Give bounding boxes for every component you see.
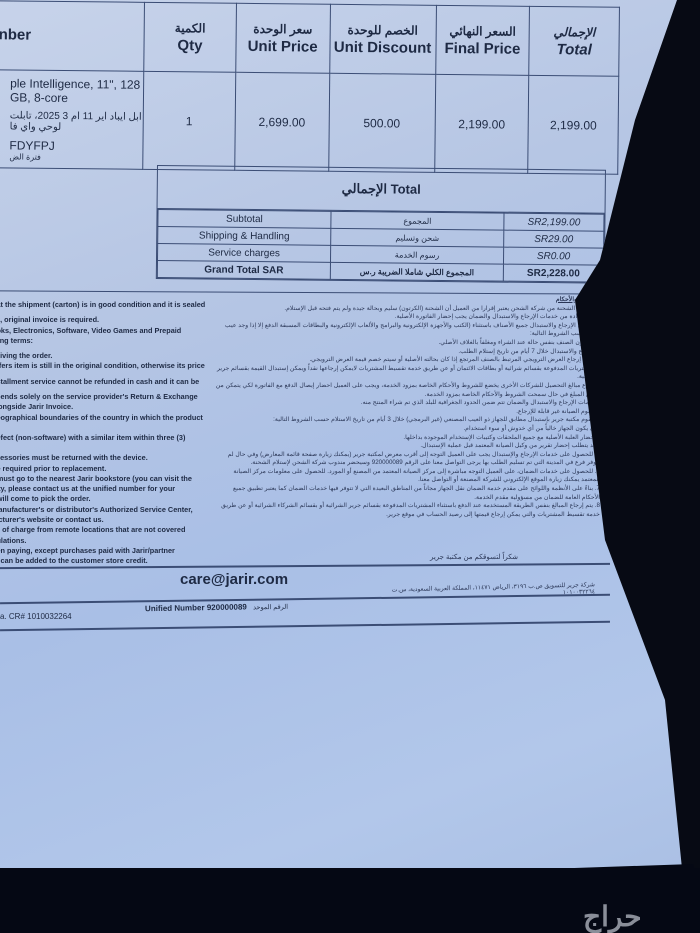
totals-title: الإجمالي Total: [158, 166, 605, 214]
terms-ar-line: - أن يكون الصنف بنفس حالة عند الشراء ومغ…: [215, 339, 600, 348]
terms-ar-line: 7. بناءً على الأنظمة واللوائح على مقدم خ…: [215, 485, 600, 502]
terms-en-line: es, original invoice is required.: [0, 315, 217, 325]
terms-en-line: alongside Jarir Invoice.: [0, 402, 217, 412]
header-final-price: السعر النهائي Final Price: [435, 5, 529, 75]
terms-divider: [0, 290, 610, 294]
item-description-ar: ابل ايباد اير 11 ام 3 2025، تابلت لوحي و…: [10, 110, 143, 133]
terms-en-line: geographical boundaries of the country i…: [0, 413, 217, 423]
totals-box: الإجمالي Total Subtotal المجموع SR2,199.…: [156, 165, 606, 284]
item-description-en: ple Intelligence, 11", 128 GB, 8-core: [10, 76, 143, 105]
item-sku: FDYFPJ: [9, 138, 142, 153]
terms-ar-line: 1. استلام الشحنة من شركة الشحن يعتبر إقر…: [215, 305, 600, 314]
terms-en-line: manufacturer's or distributor's Authoriz…: [0, 505, 217, 515]
footer-divider-3: [0, 621, 610, 631]
terms-en-line: epends solely on the service provider's …: [0, 392, 217, 402]
terms-ar-line: 8. يتم إرجاع المبالغ بنفس الطريقة المستخ…: [215, 502, 600, 519]
header-number: nber: [0, 1, 145, 72]
cr-number: a. CR# 1010032264: [0, 612, 72, 621]
terms-en-line: ooks, Electronics, Software, Video Games…: [0, 326, 217, 336]
item-unit-discount: 500.00: [328, 73, 435, 172]
terms-en-line: nstallment service cannot be refunded in…: [0, 377, 217, 387]
terms-ar-line: - قد يتطلب إحضار تقرير من وكيل الصيانة ا…: [215, 442, 600, 451]
item-unit-price: 2,699.00: [234, 72, 329, 171]
item-final-price: 2,199.00: [434, 74, 529, 173]
terms-english: hat the shipment (carton) is in good con…: [0, 300, 217, 567]
footer-divider-2: [0, 594, 610, 604]
table-row: ple Intelligence, 11", 128 GB, 8-core اب…: [0, 70, 619, 175]
terms-en-line: r must go to the nearest Jarir bookstore…: [0, 474, 217, 484]
terms-en-line: wing terms:: [0, 336, 217, 346]
terms-en-line: hat the shipment (carton) is in good con…: [0, 300, 217, 310]
thanks-note: شكراً لتسوقكم من مكتبة جرير: [430, 553, 518, 561]
item-description: ple Intelligence, 11", 128 GB, 8-core اب…: [0, 70, 144, 170]
invoice-paper: nber الكمية Qty سعر الوحدة Unit Price ال…: [0, 0, 700, 933]
header-qty: الكمية Qty: [144, 2, 236, 72]
header-total: الإجمالي Total: [529, 6, 619, 76]
terms-en-line: gulations.: [0, 536, 217, 546]
terms-ar-line: - إرجاع مبالغ التحصيل للشركات الأخرى يخض…: [215, 382, 600, 399]
item-total: 2,199.00: [528, 75, 619, 174]
terms-en-line: ccessories must be returned with the dev…: [0, 453, 217, 463]
terms-en-line: city, please contact us at the unified n…: [0, 484, 217, 494]
terms-ar-line: - المشتريات المدفوعة بقسائم شرائية أو بط…: [215, 365, 600, 382]
terms-en-line: be required prior to replacement.: [0, 464, 217, 474]
terms-en-line: r will come to pick the order.: [0, 494, 217, 504]
terms-ar-line: - يمكن إرجاع العرض الترويجي المرتبط بالص…: [215, 356, 600, 365]
header-unit-price: سعر الوحدة Unit Price: [236, 3, 330, 73]
terms-en-line: offers item is still in the original con…: [0, 361, 217, 371]
item-sku-note: فترة الض: [9, 152, 142, 162]
terms-ar-line: - إحضار العلبة الأصلية مع جميع الملحقات …: [215, 434, 600, 443]
terms-ar-line: 2. للإستفادة من خدمات الإرجاع والاستبدال…: [215, 313, 600, 322]
unified-number: Unified Number 920000089 الرقم الموحد: [145, 602, 288, 613]
terms-ar-line: - الإرجاع والاستبدال خلال 7 أيام من تاري…: [215, 348, 600, 357]
totals-row-grand-total: Grand Total SAR المجموع الكلي شاملا الضر…: [157, 261, 603, 283]
terms-en-line: defect (non-software) with a similar ite…: [0, 433, 217, 443]
item-qty: 1: [143, 71, 236, 170]
support-email[interactable]: care@jarir.com: [180, 571, 288, 588]
terms-en-line: ee of charge from remote locations that …: [0, 525, 217, 535]
subtotal-value: SR2,199.00: [504, 213, 604, 231]
terms-en-line: hen paying, except purchases paid with J…: [0, 546, 217, 556]
service-charges-value: SR0.00: [503, 247, 603, 265]
terms-arabic-heading: الشروط والأحكام: [215, 296, 600, 305]
terms-ar-line: 4. تقوم مكتبة جرير بإستبدال مطابق للجهاز…: [215, 416, 600, 425]
terms-ar-line: 5. للحصول على خدمات الإرجاع والإستبدال ي…: [215, 451, 600, 468]
terms-ar-line: - أن يكون الجهاز خالياً من أي خدوش أو سو…: [215, 425, 600, 434]
unified-number-value: 920000089: [207, 602, 247, 612]
items-header-row: nber الكمية Qty سعر الوحدة Unit Price ال…: [0, 1, 619, 77]
grand-total-value: SR2,228.00: [503, 264, 603, 282]
terms-en-line: facturer's website or contact us.: [0, 515, 217, 525]
terms-ar-line: 3. يشمل الإرجاع والاستبدال جميع الأصناف …: [215, 322, 600, 339]
terms-arabic: الشروط والأحكام 1. استلام الشحنة من شركة…: [215, 296, 600, 519]
terms-ar-line: - خدمات الإرجاع والاستبدال والضمان تتم ض…: [215, 399, 600, 408]
totals-table: Subtotal المجموع SR2,199.00 Shipping & H…: [157, 209, 605, 283]
items-table: nber الكمية Qty سعر الوحدة Unit Price ال…: [0, 0, 620, 175]
haraj-watermark-logo: حراج: [583, 900, 642, 933]
terms-en-line: ceiving the order.: [0, 351, 217, 361]
header-unit-discount: الخصم للوحدة Unit Discount: [329, 4, 436, 74]
terms-ar-line: 6. للحصول على خدمات الضمان، على العميل ا…: [215, 468, 600, 485]
shipping-value: SR29.00: [504, 230, 604, 248]
